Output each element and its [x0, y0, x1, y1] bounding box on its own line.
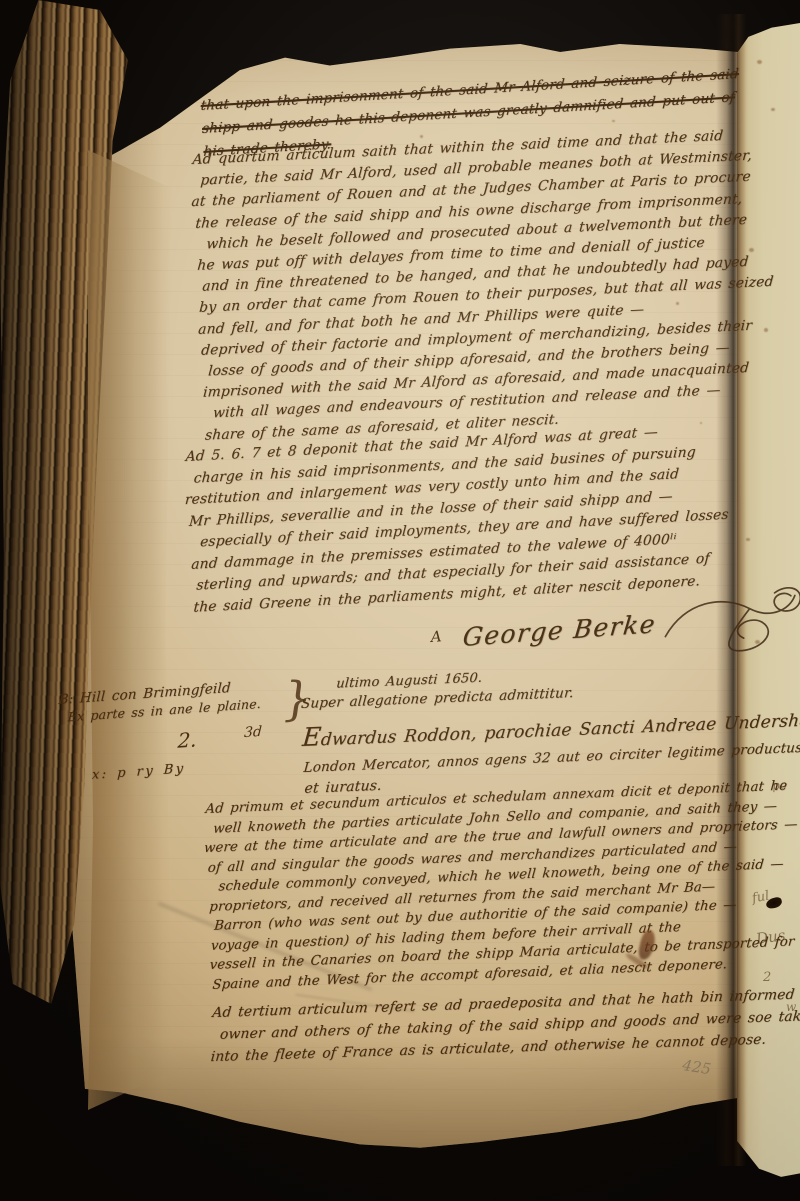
deposition-paragraph-1: Ad quartum articulum saith that within t…: [192, 124, 777, 446]
probate-and-witness-heading: ultimo Augusti 1650. Super allegatione p…: [300, 658, 799, 797]
margin-case-note: B: Hill con Brimingfeild Ex parte ss in …: [58, 672, 344, 784]
manuscript-photograph: that upon the imprisonment of the said M…: [0, 0, 800, 1201]
adjacent-page-fragment: w: [786, 1000, 796, 1014]
deposition-paragraph-3: Ad primum et secundum articulos et sched…: [205, 777, 797, 995]
adjacent-page-fragment: po: [771, 777, 787, 792]
foxing-spot: [771, 108, 775, 111]
adjacent-page-fragment: ful: [751, 889, 771, 907]
fore-edge-shading: [88, 150, 172, 1110]
signature-prefix: A: [430, 627, 442, 646]
fee-mark-left: 2.: [177, 727, 197, 752]
fee-mark-right: 3d: [244, 724, 263, 741]
adjacent-page-fragment: 2: [763, 970, 771, 985]
margin-fee-marks: 2. 3d: [177, 717, 342, 752]
